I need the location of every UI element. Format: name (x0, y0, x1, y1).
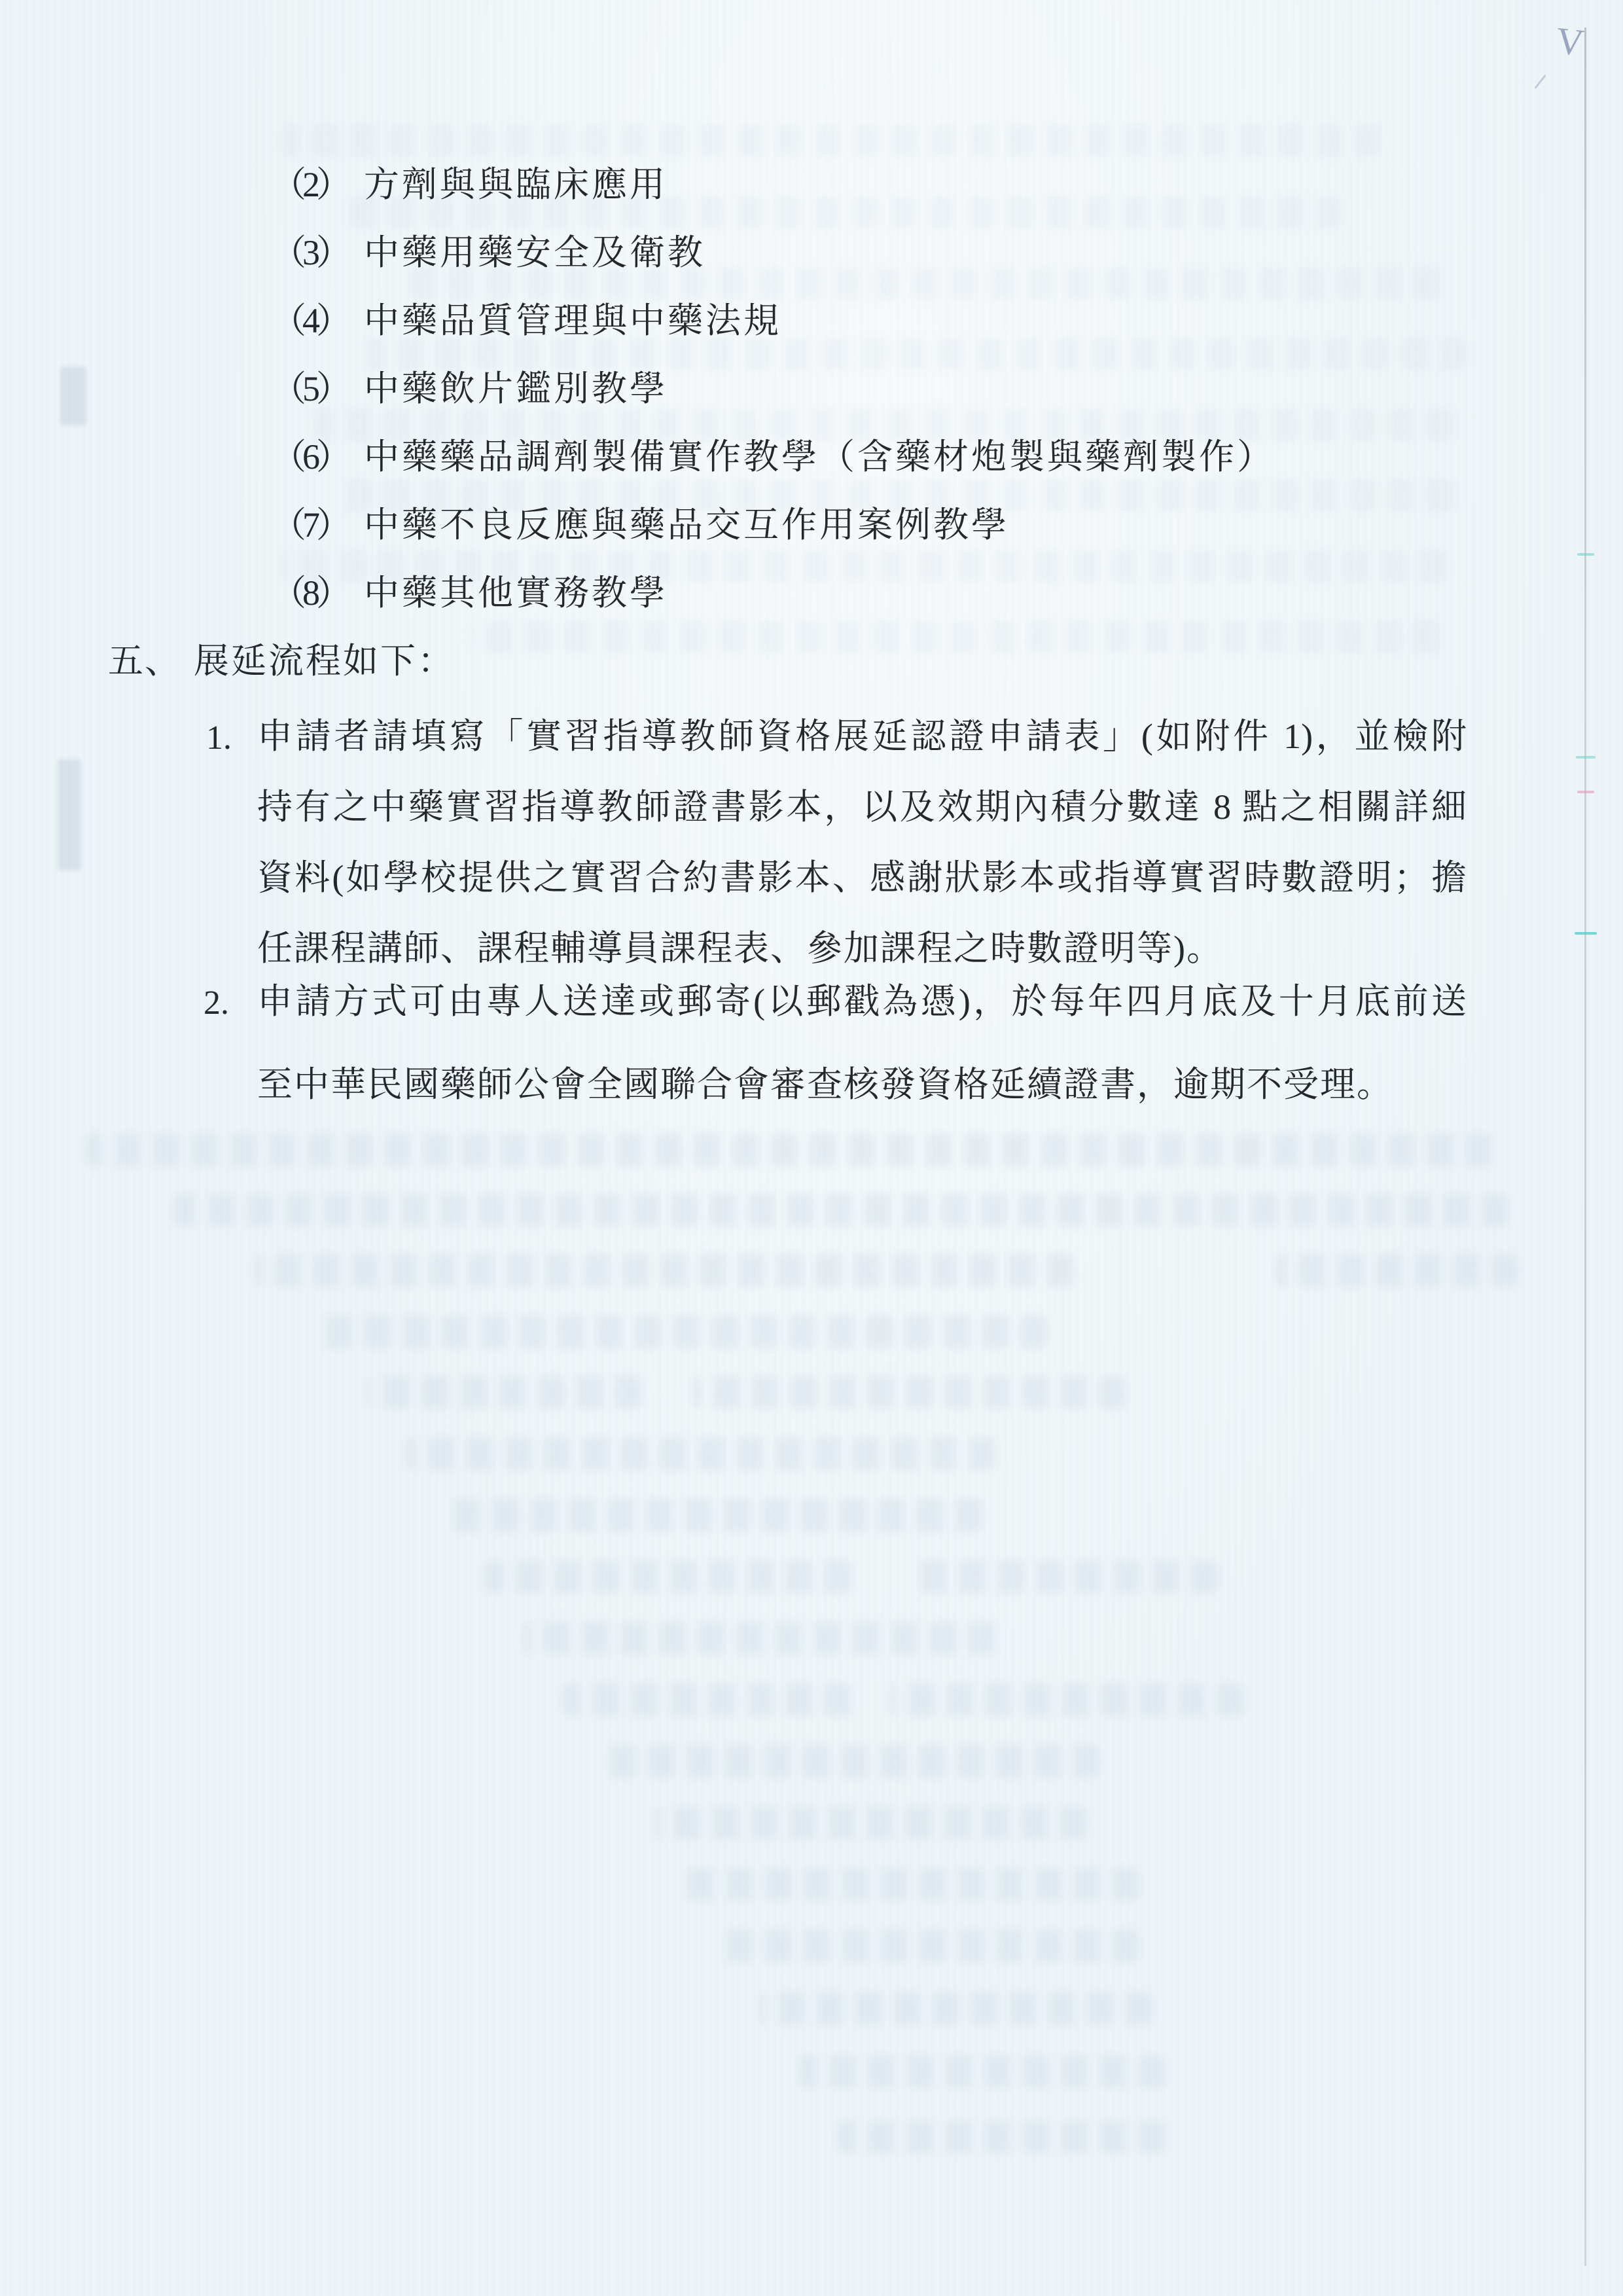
bleedthrough-ghost-line (366, 338, 1466, 370)
bleedthrough-ghost-line (602, 1745, 1099, 1778)
section-marker: 五、 (108, 640, 181, 682)
list-item-text: 中藥不良反應與藥品交互作用案例教學 (364, 504, 1009, 546)
list-item-number: （3） (271, 232, 348, 274)
list-item-text: 方劑與與臨床應用 (364, 164, 668, 206)
bleedthrough-ghost-mark (60, 367, 86, 425)
paragraph-line: 資料(如學校提供之實習合約書影本、感謝狀影本或指導實習時數證明；擔 (257, 855, 1467, 901)
paragraph-line: 至中華民國藥師公會全國聯合會審查核發資格延續證書，逾期不受理。 (257, 1062, 1393, 1107)
bleedthrough-ghost-line (681, 1868, 1139, 1901)
paragraph-line: 申請方式可由專人送達或郵寄(以郵戳為憑)，於每年四月底及十月底前送 (257, 978, 1467, 1024)
bleedthrough-ghost-line (720, 1929, 1139, 1962)
list-item-text: 中藥飲片鑑別教學 (364, 368, 668, 410)
bleedthrough-ghost-mark (58, 759, 81, 870)
bleedthrough-ghost-line (916, 1560, 1217, 1593)
scanline-tick-pink (1577, 791, 1594, 793)
bleedthrough-ghost-line (484, 1560, 851, 1593)
bleedthrough-ghost-line (281, 124, 1381, 157)
bleedthrough-ghost-line (255, 1254, 1073, 1287)
section-title: 展延流程如下： (194, 640, 455, 682)
bleedthrough-ghost-line (85, 1134, 1492, 1166)
bleedthrough-ghost-line (694, 1376, 1126, 1408)
scanner-edge-line (1584, 27, 1586, 2266)
bleedthrough-ghost-line (314, 1316, 1047, 1348)
list-item-number: （6） (271, 436, 348, 478)
list-item-number: （7） (271, 504, 348, 546)
corner-check-mark: V (1554, 18, 1586, 65)
bleedthrough-ghost-line (406, 1437, 995, 1470)
paragraph-line: 申請者請填寫「實習指導教師資格展延認證申請表」(如附件 1)，並檢附 (257, 713, 1467, 759)
bleedthrough-ghost-line (445, 1499, 982, 1532)
list-item-number: （8） (271, 572, 348, 614)
paragraph-number: 1. (206, 719, 232, 757)
bleedthrough-ghost-line (471, 620, 1440, 653)
scanline-tick-teal (1575, 932, 1597, 935)
bleedthrough-ghost-line (563, 1683, 851, 1716)
bleedthrough-ghost-line (759, 1992, 1152, 2025)
scanline-tick-teal (1576, 756, 1596, 759)
bleedthrough-ghost-line (654, 1806, 1086, 1839)
bleedthrough-ghost-line (173, 1194, 1508, 1227)
scanned-document-page: （2） 方劑與與臨床應用 （3） 中藥用藥安全及衛教 （4） 中藥品質管理與中藥… (0, 0, 1623, 2296)
bleedthrough-ghost-line (524, 1622, 995, 1655)
bleedthrough-ghost-line (838, 2121, 1165, 2153)
list-item-text: 中藥用藥安全及衛教 (364, 232, 705, 274)
corner-slash-mark (1534, 75, 1546, 89)
bleedthrough-ghost-line (798, 2055, 1165, 2088)
list-item-number: （5） (271, 368, 348, 410)
list-item-text: 中藥其他實務教學 (364, 572, 668, 614)
list-item-number: （2） (271, 164, 348, 206)
list-item-text: 中藥藥品調劑製備實作教學（含藥材炮製與藥劑製作） (364, 436, 1275, 478)
bleedthrough-ghost-line (1276, 1254, 1518, 1287)
paragraph-line: 任課程講師、課程輔導員課程表、參加課程之時數證明等)。 (257, 925, 1223, 971)
bleedthrough-ghost-line (890, 1683, 1243, 1716)
list-item-number: （4） (271, 300, 348, 342)
scanline-tick-teal (1577, 553, 1594, 556)
paragraph-number: 2. (204, 984, 229, 1022)
list-item-text: 中藥品質管理與中藥法規 (364, 300, 781, 342)
paragraph-line: 持有之中藥實習指導教師證書影本，以及效期內積分數達 8 點之相關詳細 (257, 784, 1467, 830)
bleedthrough-ghost-line (366, 1376, 641, 1408)
